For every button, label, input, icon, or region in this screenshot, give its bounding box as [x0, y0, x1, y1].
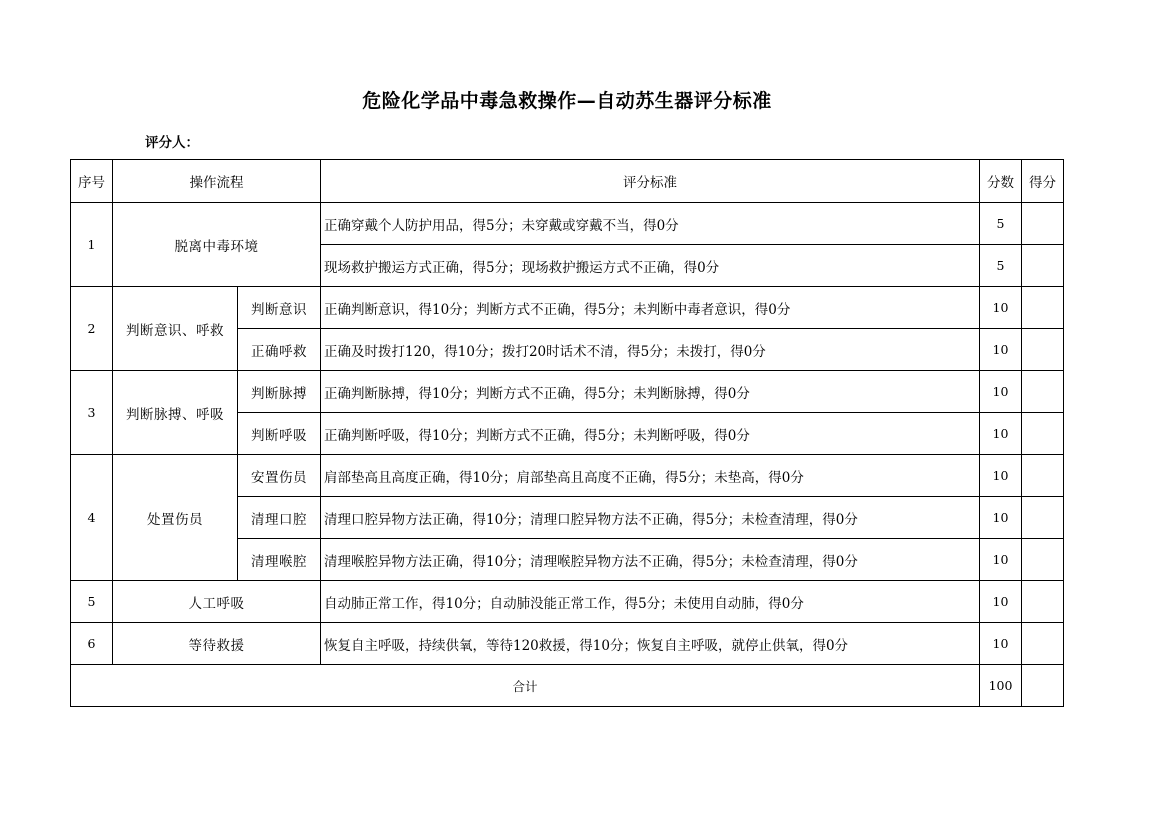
row-index: 5 [71, 581, 113, 623]
row-index: 6 [71, 623, 113, 665]
points-cell: 5 [980, 245, 1022, 287]
criteria-cell: 正确判断意识，得10分；判断方式不正确，得5分；未判断中毒者意识，得0分 [321, 287, 980, 329]
criteria-cell: 清理喉腔异物方法正确，得10分；清理喉腔异物方法不正确，得5分；未检查清理，得0… [321, 539, 980, 581]
total-score[interactable] [1022, 665, 1064, 707]
points-cell: 10 [980, 287, 1022, 329]
criteria-cell: 正确穿戴个人防护用品，得5分；未穿戴或穿戴不当，得0分 [321, 203, 980, 245]
score-cell[interactable] [1022, 203, 1064, 245]
sub-step: 判断呼吸 [238, 413, 321, 455]
table-row: 3 判断脉搏、呼吸 判断脉搏 正确判断脉搏，得10分；判断方式不正确，得5分；未… [71, 371, 1064, 413]
criteria-cell: 肩部垫高且高度正确，得10分；肩部垫高且高度不正确，得5分；未垫高，得0分 [321, 455, 980, 497]
header-points: 分数 [980, 160, 1022, 203]
points-cell: 10 [980, 371, 1022, 413]
sub-step: 判断意识 [238, 287, 321, 329]
criteria-cell: 现场救护搬运方式正确，得5分；现场救护搬运方式不正确，得0分 [321, 245, 980, 287]
score-cell[interactable] [1022, 329, 1064, 371]
process-step: 判断意识、呼救 [113, 287, 238, 371]
score-cell[interactable] [1022, 245, 1064, 287]
score-cell[interactable] [1022, 581, 1064, 623]
header-process: 操作流程 [113, 160, 321, 203]
score-cell[interactable] [1022, 497, 1064, 539]
score-cell[interactable] [1022, 287, 1064, 329]
score-cell[interactable] [1022, 413, 1064, 455]
table-row: 5 人工呼吸 自动肺正常工作，得10分；自动肺没能正常工作，得5分；未使用自动肺… [71, 581, 1064, 623]
points-cell: 10 [980, 329, 1022, 371]
criteria-cell: 正确判断脉搏，得10分；判断方式不正确，得5分；未判断脉搏，得0分 [321, 371, 980, 413]
row-index: 4 [71, 455, 113, 581]
sub-step: 判断脉搏 [238, 371, 321, 413]
process-step: 脱离中毒环境 [113, 203, 321, 287]
document-title: 危险化学品中毒急救操作—自动苏生器评分标准 [0, 86, 1134, 113]
sub-step: 清理喉腔 [238, 539, 321, 581]
process-step: 等待救援 [113, 623, 321, 665]
process-step: 人工呼吸 [113, 581, 321, 623]
points-cell: 10 [980, 539, 1022, 581]
process-step: 处置伤员 [113, 455, 238, 581]
table-row: 1 脱离中毒环境 正确穿戴个人防护用品，得5分；未穿戴或穿戴不当，得0分 5 [71, 203, 1064, 245]
points-cell: 10 [980, 497, 1022, 539]
criteria-cell: 自动肺正常工作，得10分；自动肺没能正常工作，得5分；未使用自动肺，得0分 [321, 581, 980, 623]
sub-step: 正确呼救 [238, 329, 321, 371]
grader-label: 评分人： [145, 131, 199, 151]
points-cell: 10 [980, 455, 1022, 497]
table-row: 2 判断意识、呼救 判断意识 正确判断意识，得10分；判断方式不正确，得5分；未… [71, 287, 1064, 329]
table-row: 4 处置伤员 安置伤员 肩部垫高且高度正确，得10分；肩部垫高且高度不正确，得5… [71, 455, 1064, 497]
table-row: 6 等待救援 恢复自主呼吸，持续供氧，等待120救援，得10分；恢复自主呼吸，就… [71, 623, 1064, 665]
scoring-table: 序号 操作流程 评分标准 分数 得分 1 脱离中毒环境 正确穿戴个人防护用品，得… [70, 159, 1064, 707]
header-score: 得分 [1022, 160, 1064, 203]
process-step: 判断脉搏、呼吸 [113, 371, 238, 455]
criteria-cell: 恢复自主呼吸，持续供氧，等待120救援，得10分；恢复自主呼吸，就停止供氧，得0… [321, 623, 980, 665]
sub-step: 安置伤员 [238, 455, 321, 497]
points-cell: 10 [980, 581, 1022, 623]
row-index: 1 [71, 203, 113, 287]
score-cell[interactable] [1022, 455, 1064, 497]
header-index: 序号 [71, 160, 113, 203]
criteria-cell: 正确判断呼吸，得10分；判断方式不正确，得5分；未判断呼吸，得0分 [321, 413, 980, 455]
score-cell[interactable] [1022, 539, 1064, 581]
total-row: 合计 100 [71, 665, 1064, 707]
sub-step: 清理口腔 [238, 497, 321, 539]
points-cell: 10 [980, 413, 1022, 455]
header-criteria: 评分标准 [321, 160, 980, 203]
criteria-cell: 清理口腔异物方法正确，得10分；清理口腔异物方法不正确，得5分；未检查清理，得0… [321, 497, 980, 539]
score-cell[interactable] [1022, 371, 1064, 413]
criteria-cell: 正确及时拨打120，得10分；拨打20时话术不清，得5分；未拨打，得0分 [321, 329, 980, 371]
total-label: 合计 [71, 665, 980, 707]
row-index: 3 [71, 371, 113, 455]
total-points: 100 [980, 665, 1022, 707]
points-cell: 5 [980, 203, 1022, 245]
row-index: 2 [71, 287, 113, 371]
header-row: 序号 操作流程 评分标准 分数 得分 [71, 160, 1064, 203]
points-cell: 10 [980, 623, 1022, 665]
score-cell[interactable] [1022, 623, 1064, 665]
